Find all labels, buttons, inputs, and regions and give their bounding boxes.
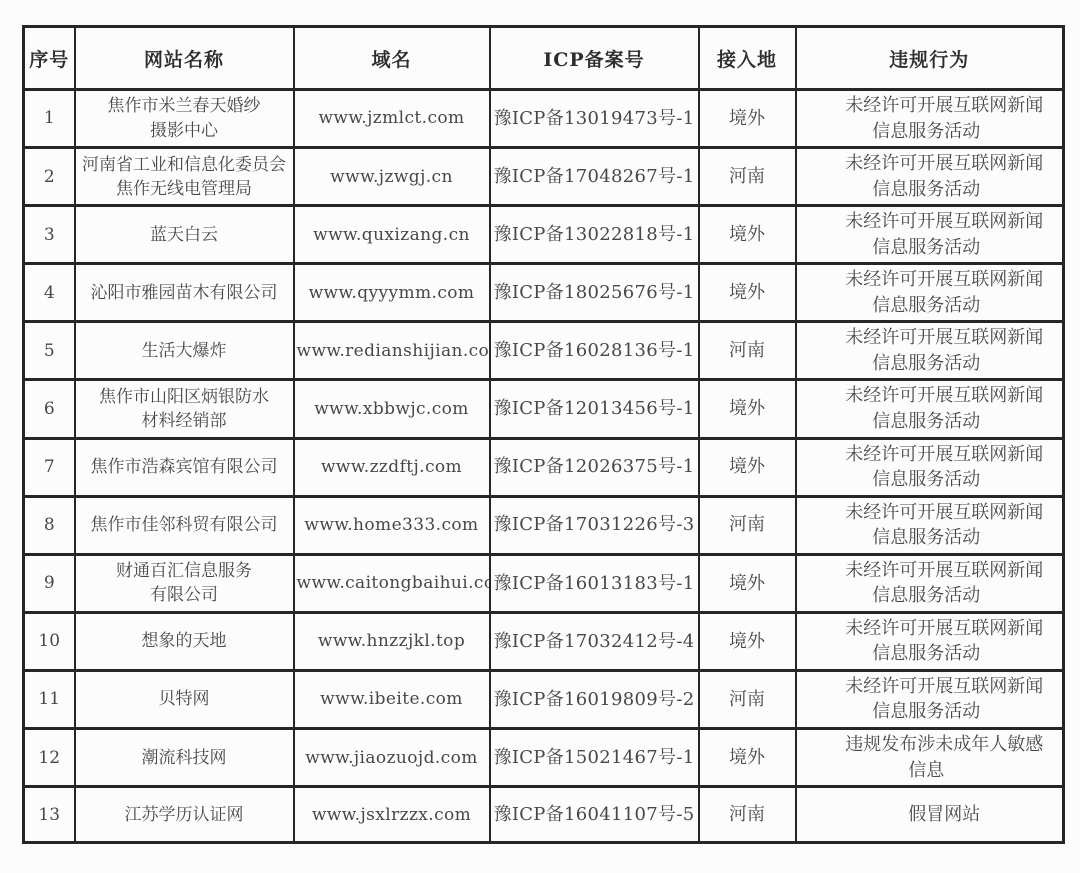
cell-domain: www.zzdftj.com — [294, 438, 490, 496]
cell-icp-number: 豫ICP备16041107号-5 — [490, 787, 699, 843]
cell-site-name: 沁阳市雅园苗木有限公司 — [75, 264, 294, 322]
table-body: 1 焦作市米兰春天婚纱 摄影中心 www.jzmlct.com 豫ICP备130… — [24, 90, 1064, 843]
cell-index: 5 — [24, 322, 75, 380]
cell-index: 13 — [24, 787, 75, 843]
cell-site-name: 财通百汇信息服务 有限公司 — [75, 554, 294, 612]
cell-site-name: 焦作市米兰春天婚纱 摄影中心 — [75, 90, 294, 148]
table-row: 10 想象的天地 www.hnzzjkl.top 豫ICP备17032412号-… — [24, 612, 1064, 670]
cell-site-name: 焦作市佳邻科贸有限公司 — [75, 496, 294, 554]
cell-icp-number: 豫ICP备17032412号-4 — [490, 612, 699, 670]
cell-domain: www.jsxlrzzx.com — [294, 787, 490, 843]
table-row: 5 生活大爆炸 www.redianshijian.com 豫ICP备16028… — [24, 322, 1064, 380]
cell-access-location: 境外 — [699, 264, 796, 322]
cell-violation: 未经许可开展互联网新闻 信息服务活动 — [796, 322, 1064, 380]
cell-icp-number: 豫ICP备12026375号-1 — [490, 438, 699, 496]
cell-site-name: 江苏学历认证网 — [75, 787, 294, 843]
column-header-domain: 域名 — [294, 27, 490, 90]
cell-domain: www.jzwgj.cn — [294, 148, 490, 206]
table-row: 12 潮流科技网 www.jiaozuojd.com 豫ICP备15021467… — [24, 729, 1064, 787]
cell-index: 7 — [24, 438, 75, 496]
cell-access-location: 境外 — [699, 612, 796, 670]
cell-icp-number: 豫ICP备16028136号-1 — [490, 322, 699, 380]
cell-violation: 未经许可开展互联网新闻 信息服务活动 — [796, 148, 1064, 206]
cell-domain: www.home333.com — [294, 496, 490, 554]
cell-domain: www.qyyymm.com — [294, 264, 490, 322]
cell-icp-number: 豫ICP备12013456号-1 — [490, 380, 699, 438]
cell-access-location: 境外 — [699, 729, 796, 787]
cell-site-name: 焦作市浩森宾馆有限公司 — [75, 438, 294, 496]
cell-icp-number: 豫ICP备16013183号-1 — [490, 554, 699, 612]
cell-violation: 未经许可开展互联网新闻 信息服务活动 — [796, 264, 1064, 322]
column-header-icp-number: ICP备案号 — [490, 27, 699, 90]
cell-access-location: 境外 — [699, 380, 796, 438]
cell-index: 1 — [24, 90, 75, 148]
cell-domain: www.jzmlct.com — [294, 90, 490, 148]
table-row: 9 财通百汇信息服务 有限公司 www.caitongbaihui.com 豫I… — [24, 554, 1064, 612]
cell-violation: 未经许可开展互联网新闻 信息服务活动 — [796, 554, 1064, 612]
cell-index: 8 — [24, 496, 75, 554]
table-row: 11 贝特网 www.ibeite.com 豫ICP备16019809号-2 河… — [24, 670, 1064, 728]
cell-icp-number: 豫ICP备17048267号-1 — [490, 148, 699, 206]
table-row: 7 焦作市浩森宾馆有限公司 www.zzdftj.com 豫ICP备120263… — [24, 438, 1064, 496]
table-row: 8 焦作市佳邻科贸有限公司 www.home333.com 豫ICP备17031… — [24, 496, 1064, 554]
cell-domain: www.ibeite.com — [294, 670, 490, 728]
cell-access-location: 境外 — [699, 438, 796, 496]
cell-domain: www.xbbwjc.com — [294, 380, 490, 438]
cell-violation: 未经许可开展互联网新闻 信息服务活动 — [796, 438, 1064, 496]
column-header-access-location: 接入地 — [699, 27, 796, 90]
cell-index: 3 — [24, 206, 75, 264]
cell-index: 4 — [24, 264, 75, 322]
cell-index: 12 — [24, 729, 75, 787]
document-page: 序号 网站名称 域名 ICP备案号 接入地 违规行为 1 焦作市米兰春天婚纱 摄… — [0, 0, 1080, 873]
cell-site-name: 想象的天地 — [75, 612, 294, 670]
cell-site-name: 焦作市山阳区炳银防水 材料经销部 — [75, 380, 294, 438]
header-row: 序号 网站名称 域名 ICP备案号 接入地 违规行为 — [24, 27, 1064, 90]
cell-site-name: 贝特网 — [75, 670, 294, 728]
violation-table: 序号 网站名称 域名 ICP备案号 接入地 违规行为 1 焦作市米兰春天婚纱 摄… — [22, 25, 1065, 844]
table-row: 1 焦作市米兰春天婚纱 摄影中心 www.jzmlct.com 豫ICP备130… — [24, 90, 1064, 148]
cell-violation: 未经许可开展互联网新闻 信息服务活动 — [796, 380, 1064, 438]
cell-index: 6 — [24, 380, 75, 438]
cell-site-name: 生活大爆炸 — [75, 322, 294, 380]
cell-access-location: 河南 — [699, 670, 796, 728]
cell-access-location: 河南 — [699, 322, 796, 380]
cell-index: 9 — [24, 554, 75, 612]
cell-icp-number: 豫ICP备18025676号-1 — [490, 264, 699, 322]
cell-access-location: 河南 — [699, 148, 796, 206]
cell-index: 10 — [24, 612, 75, 670]
cell-violation: 未经许可开展互联网新闻 信息服务活动 — [796, 206, 1064, 264]
column-header-violation: 违规行为 — [796, 27, 1064, 90]
table-row: 3 蓝天白云 www.quxizang.cn 豫ICP备13022818号-1 … — [24, 206, 1064, 264]
cell-icp-number: 豫ICP备13022818号-1 — [490, 206, 699, 264]
column-header-site-name: 网站名称 — [75, 27, 294, 90]
cell-domain: www.hnzzjkl.top — [294, 612, 490, 670]
cell-domain: www.jiaozuojd.com — [294, 729, 490, 787]
cell-violation: 未经许可开展互联网新闻 信息服务活动 — [796, 612, 1064, 670]
table-row: 4 沁阳市雅园苗木有限公司 www.qyyymm.com 豫ICP备180256… — [24, 264, 1064, 322]
cell-violation: 假冒网站 — [796, 787, 1064, 843]
cell-access-location: 河南 — [699, 787, 796, 843]
cell-icp-number: 豫ICP备17031226号-3 — [490, 496, 699, 554]
cell-violation: 未经许可开展互联网新闻 信息服务活动 — [796, 496, 1064, 554]
cell-icp-number: 豫ICP备16019809号-2 — [490, 670, 699, 728]
cell-violation: 未经许可开展互联网新闻 信息服务活动 — [796, 90, 1064, 148]
cell-domain: www.caitongbaihui.com — [294, 554, 490, 612]
cell-domain: www.quxizang.cn — [294, 206, 490, 264]
table-row: 6 焦作市山阳区炳银防水 材料经销部 www.xbbwjc.com 豫ICP备1… — [24, 380, 1064, 438]
cell-index: 11 — [24, 670, 75, 728]
table-row: 13 江苏学历认证网 www.jsxlrzzx.com 豫ICP备1604110… — [24, 787, 1064, 843]
cell-access-location: 河南 — [699, 496, 796, 554]
table-row: 2 河南省工业和信息化委员会 焦作无线电管理局 www.jzwgj.cn 豫IC… — [24, 148, 1064, 206]
cell-access-location: 境外 — [699, 206, 796, 264]
cell-access-location: 境外 — [699, 90, 796, 148]
cell-icp-number: 豫ICP备15021467号-1 — [490, 729, 699, 787]
cell-site-name: 河南省工业和信息化委员会 焦作无线电管理局 — [75, 148, 294, 206]
cell-domain: www.redianshijian.com — [294, 322, 490, 380]
cell-violation: 违规发布涉未成年人敏感 信息 — [796, 729, 1064, 787]
cell-icp-number: 豫ICP备13019473号-1 — [490, 90, 699, 148]
cell-site-name: 蓝天白云 — [75, 206, 294, 264]
cell-violation: 未经许可开展互联网新闻 信息服务活动 — [796, 670, 1064, 728]
cell-access-location: 境外 — [699, 554, 796, 612]
column-header-index: 序号 — [24, 27, 75, 90]
cell-index: 2 — [24, 148, 75, 206]
cell-site-name: 潮流科技网 — [75, 729, 294, 787]
